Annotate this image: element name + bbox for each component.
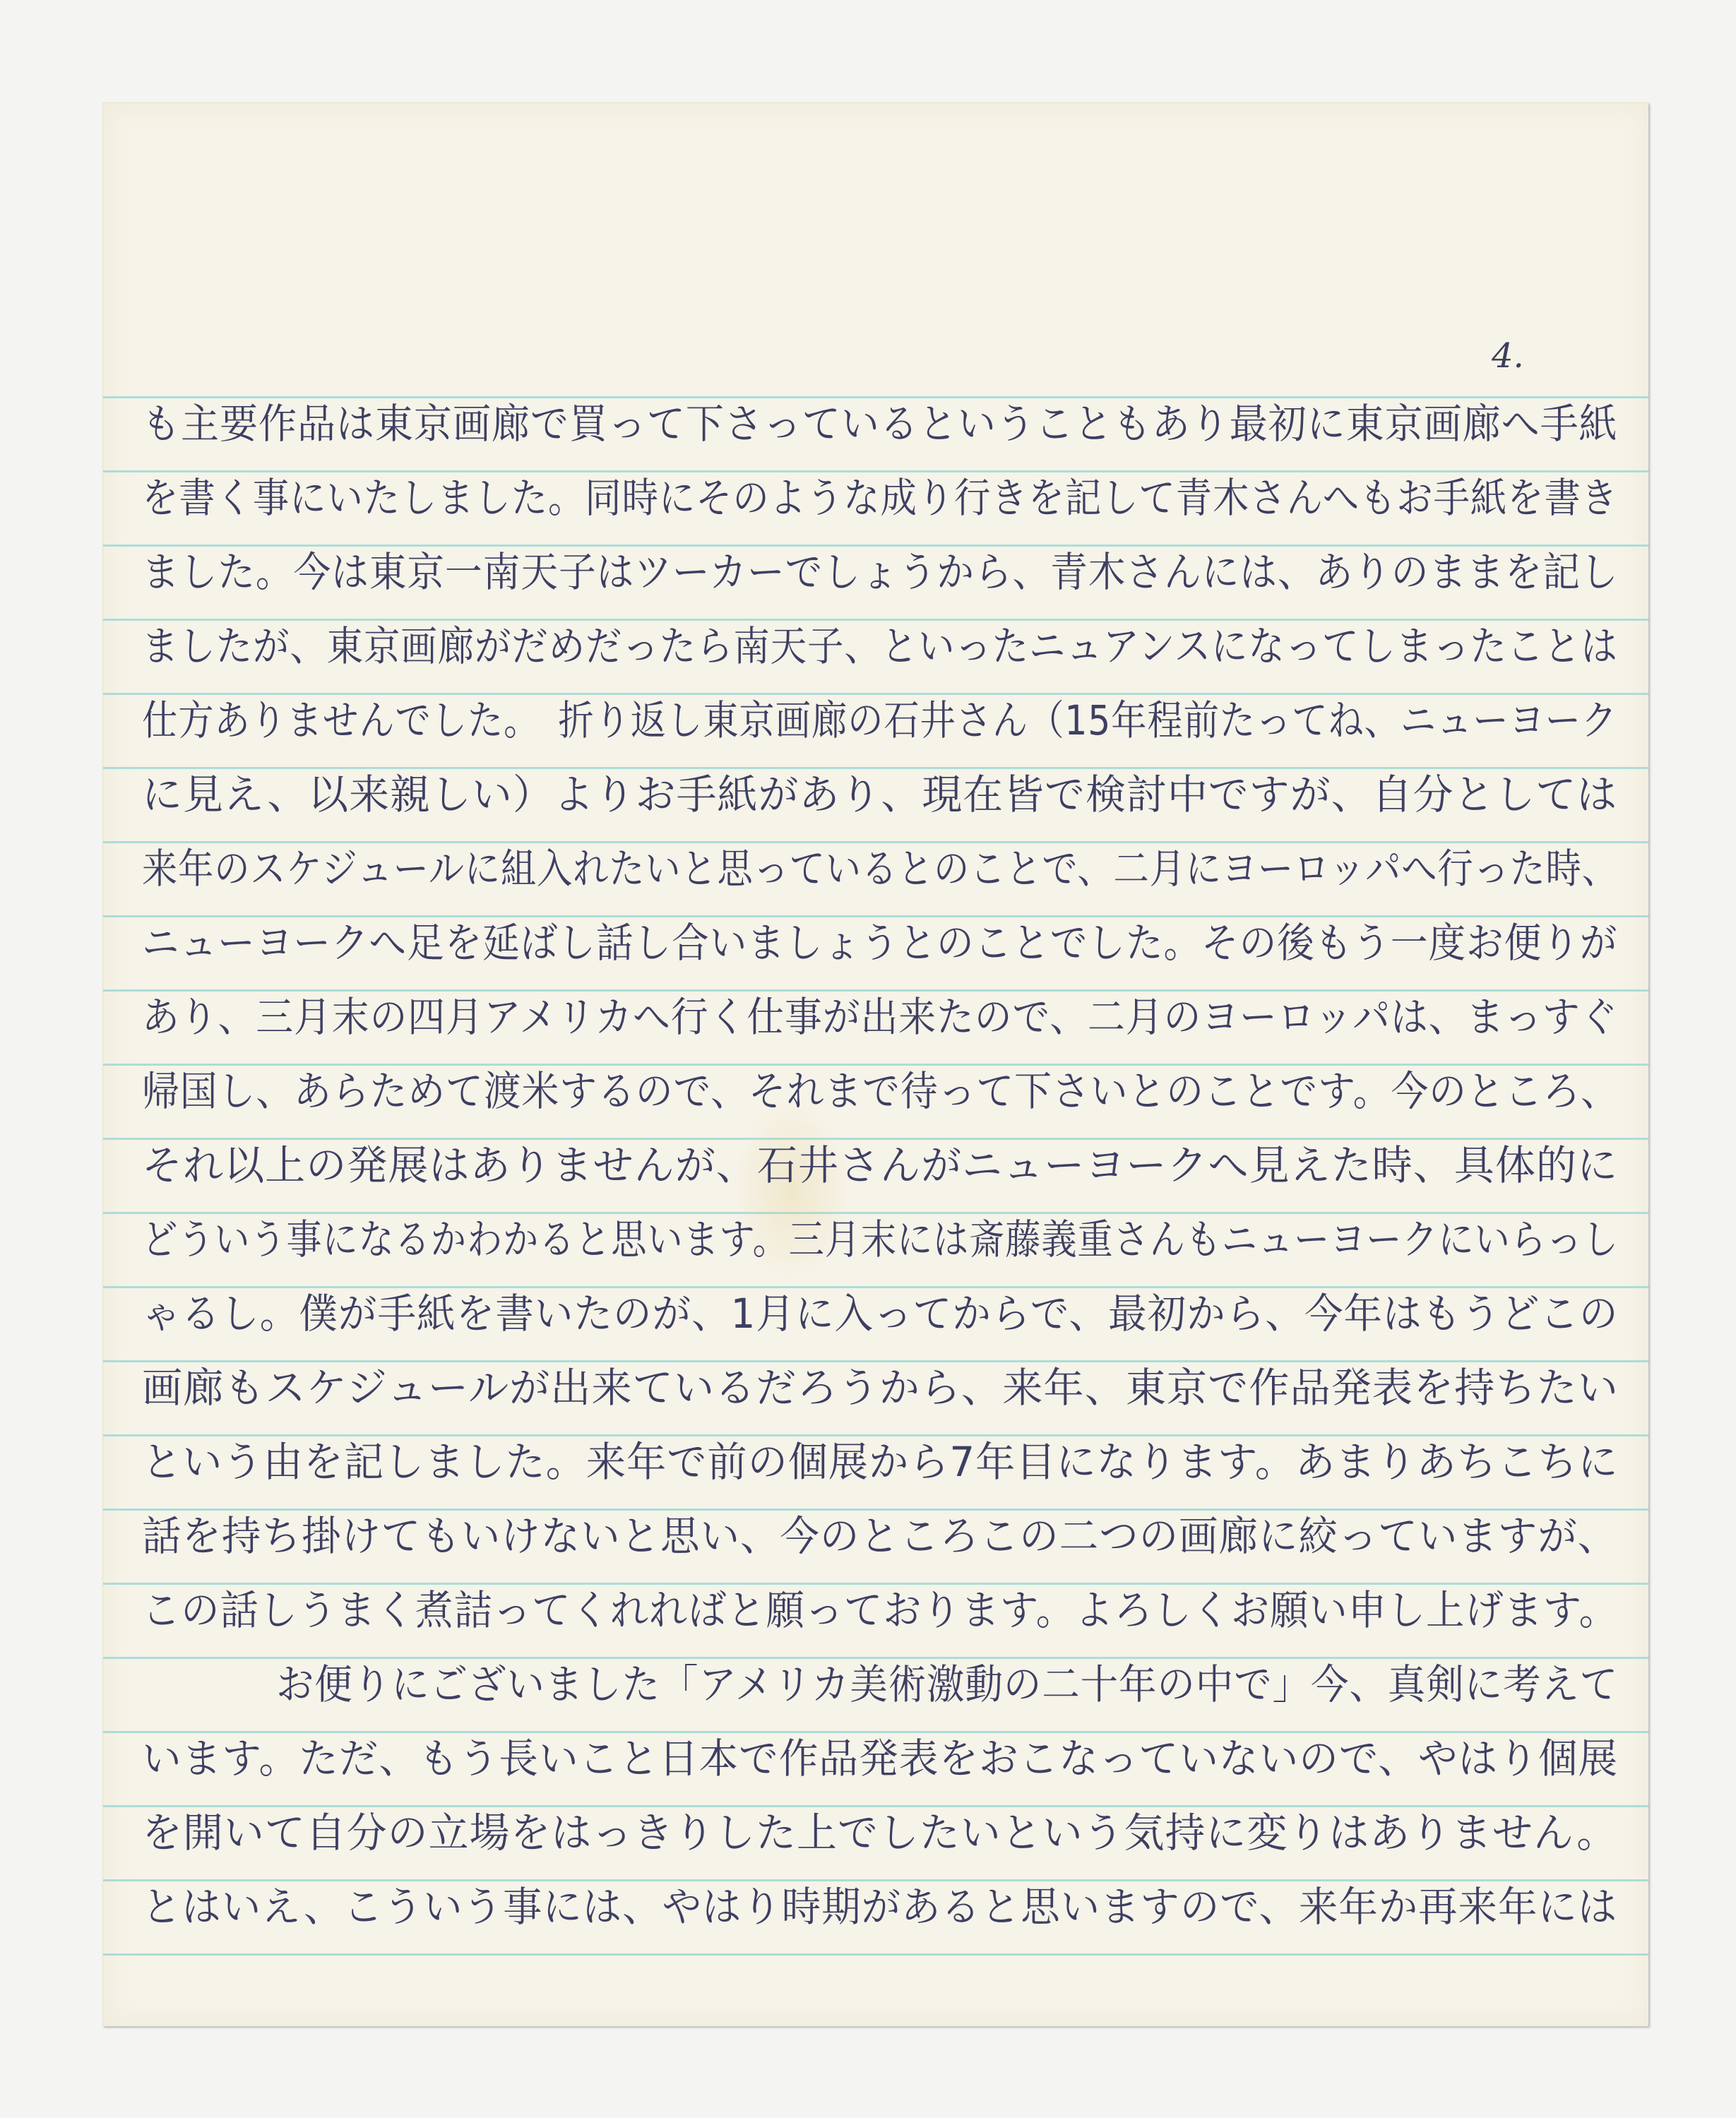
text-line: を書く事にいたしました。同時にそのような成り行きを記して青木さんへもお手紙を書き — [142, 470, 1625, 544]
text-line: どういう事になるかわかると思います。三月末には斎藤義重さんもニューヨークにいらっ… — [142, 1211, 1625, 1285]
text-line: あり、三月末の四月アメリカへ行く仕事が出来たので、二月のヨーロッパは、まっすぐ — [142, 989, 1625, 1063]
text-line: を開いて自分の立場をはっきりした上でしたいという気持に変りはありません。 — [142, 1804, 1625, 1879]
text-line: 帰国し、あらためて渡米するので、それまで待って下さいとのことです。今のところ、 — [142, 1063, 1625, 1137]
text-line: ニューヨークへ足を延ばし話し合いましょうとのことでした。その後もう一度お便りが — [142, 915, 1625, 989]
letter-page: 4. も主要作品は東京画廊で買って下さっているということもあり最初に東京画廊へ手… — [102, 102, 1648, 2026]
text-line: 来年のスケジュールに組入れたいと思っているとのことで、二月にヨーロッパへ行った時… — [142, 840, 1625, 915]
text-line-paragraph-start: お便りにございました「アメリカ美術激動の二十年の中で」今、真剣に考えて — [142, 1656, 1625, 1730]
letter-body: も主要作品は東京画廊で買って下さっているということもあり最初に東京画廊へ手紙 を… — [142, 395, 1625, 1953]
text-line: ましたが、東京画廊がだめだったら南天子、といったニュアンスになってしまったことは — [142, 618, 1625, 692]
ruled-line — [103, 1953, 1648, 1956]
text-line: この話しうまく煮詰ってくれればと願っております。よろしくお願い申し上げます。 — [142, 1582, 1625, 1656]
page-number: 4. — [1492, 336, 1524, 376]
text-line: 話を持ち掛けてもいけないと思い、今のところこの二つの画廊に絞っていますが、 — [142, 1508, 1625, 1582]
text-line: います。ただ、もう長いこと日本で作品発表をおこなっていないので、やはり個展 — [142, 1730, 1625, 1804]
text-line: ゃるし。僕が手紙を書いたのが、1月に入ってからで、最初から、今年はもうどこの — [142, 1285, 1625, 1360]
text-line: とはいえ、こういう事には、やはり時期があると思いますので、来年か再来年には — [142, 1879, 1625, 1953]
text-line: という由を記しました。来年で前の個展から7年目になります。あまりあちこちに — [142, 1434, 1625, 1508]
text-line: も主要作品は東京画廊で買って下さっているということもあり最初に東京画廊へ手紙 — [142, 395, 1625, 470]
text-line: に見え、以来親しい）よりお手紙があり、現在皆で検討中ですが、自分としては — [142, 766, 1625, 840]
text-line: 仕方ありませんでした。 折り返し東京画廊の石井さん（15年程前たってね、ニューヨ… — [142, 692, 1625, 766]
text-line: ました。今は東京一南天子はツーカーでしょうから、青木さんには、ありのままを記し — [142, 544, 1625, 618]
text-line: それ以上の発展はありませんが、石井さんがニューヨークへ見えた時、具体的に — [142, 1137, 1625, 1211]
text-line: 画廊もスケジュールが出来ているだろうから、来年、東京で作品発表を持ちたい — [142, 1360, 1625, 1434]
